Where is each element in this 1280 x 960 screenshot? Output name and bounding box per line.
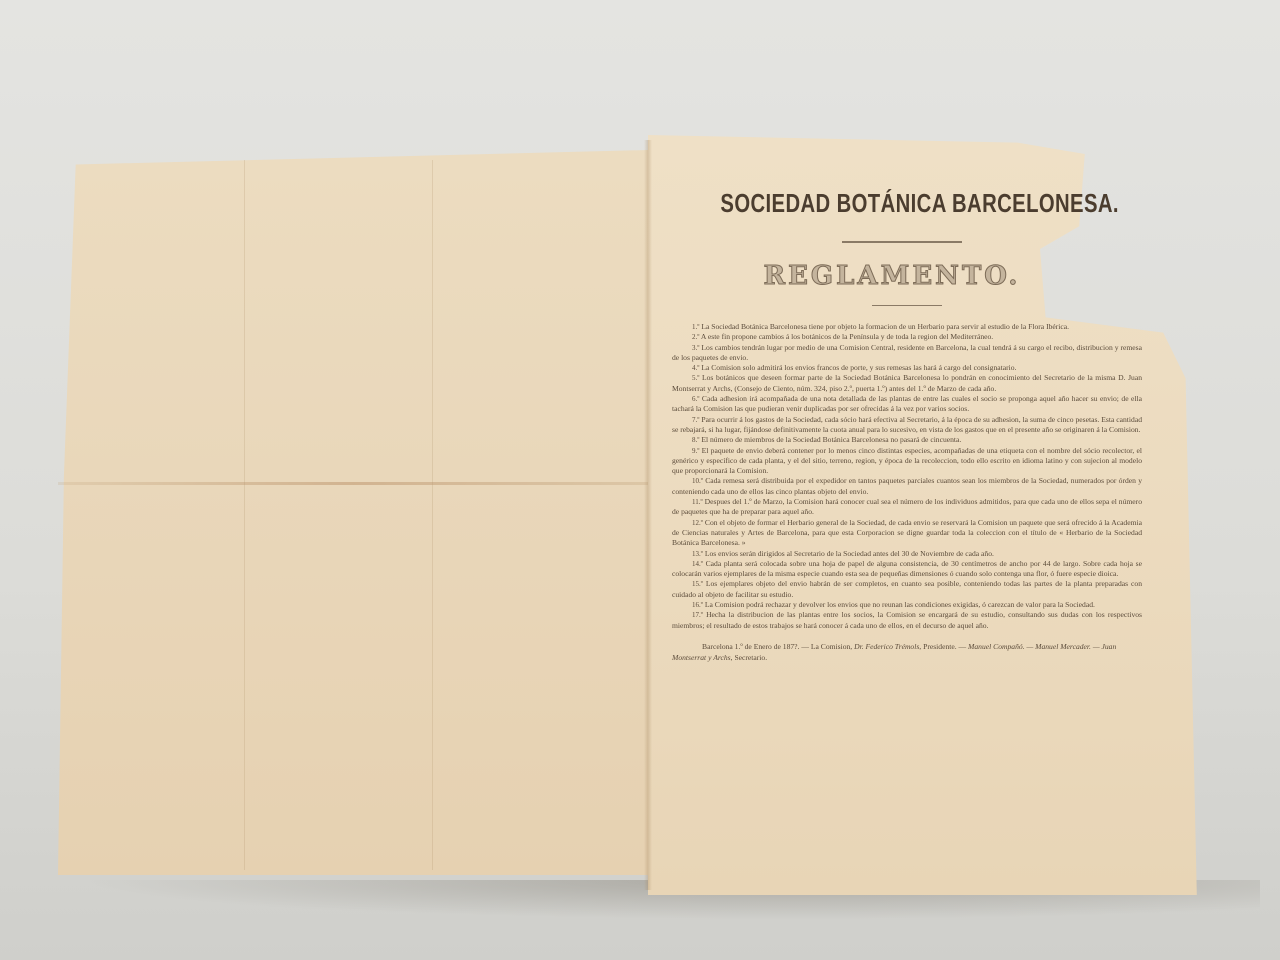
article: 4.º La Comision solo admitirá los envios…: [672, 363, 1142, 373]
article: 7.º Para ocurrir á los gastos de la Soci…: [672, 415, 1142, 436]
vertical-fold-crease: [432, 160, 433, 870]
article: 15.º Los ejemplares objeto del envio hab…: [672, 579, 1142, 600]
article: 3.º Los cambios tendrán lugar por medio …: [672, 343, 1142, 364]
articles-list: 1.º La Sociedad Botánica Barcelonesa tie…: [672, 322, 1142, 631]
signature-block: Barcelona 1.º de Enero de 187?. — La Com…: [672, 641, 1152, 663]
article: 14.º Cada planta será colocada sobre una…: [672, 559, 1142, 580]
article: 5.º Los botánicos que deseen formar part…: [672, 373, 1142, 394]
article: 9.º El paquete de envio deberá contener …: [672, 446, 1142, 477]
document-title: SOCIEDAD BOTÁNICA BARCELONESA.: [720, 188, 1063, 219]
article: 10.º Cada remesa será distribuida por el…: [672, 476, 1142, 497]
article: 13.º Los envios serán dirigidos al Secre…: [672, 549, 1142, 559]
horizontal-fold-crease: [58, 482, 648, 485]
ornamental-rule: [842, 241, 962, 243]
article: 6.º Cada adhesion irá acompañada de una …: [672, 394, 1142, 415]
article: 2.º A este fin propone cambios á los bot…: [672, 332, 1142, 342]
article: 8.º El número de miembros de la Sociedad…: [672, 435, 1142, 445]
document-content: SOCIEDAD BOTÁNICA BARCELONESA. REGLAMENT…: [672, 188, 1152, 663]
article: 16.º La Comision podrá rechazar y devolv…: [672, 600, 1142, 610]
document-subtitle: REGLAMENTO.: [672, 261, 1112, 291]
blank-left-page: [58, 150, 648, 875]
vertical-fold-crease: [244, 160, 245, 870]
article: 11.º Despues del 1.º de Marzo, la Comisi…: [672, 497, 1142, 518]
article: 12.º Con el objeto de formar el Herbario…: [672, 518, 1142, 549]
article: 1.º La Sociedad Botánica Barcelonesa tie…: [672, 322, 1142, 332]
article: 17.º Hecha la distribucion de las planta…: [672, 610, 1142, 631]
center-fold: [644, 140, 652, 890]
divider-rule: [872, 305, 942, 306]
